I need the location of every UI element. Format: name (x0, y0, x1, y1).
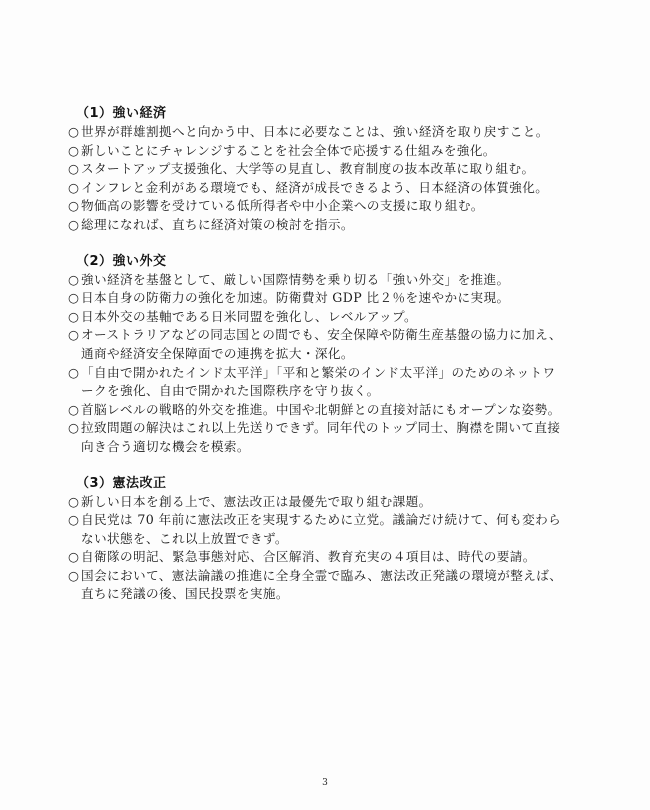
bullet-line: ない状態を、これ以上放置できず。 (81, 530, 608, 549)
bullet-text: 拉致問題の解決はこれ以上先送りできず。同年代のトップ同士、胸襟を開いて直接向き合… (81, 419, 608, 456)
bullet-line: 日本外交の基軸である日米同盟を強化し、レベルアップ。 (81, 308, 608, 327)
bullet-line: インフレと金利がある環境でも、経済が成長できるよう、日本経済の体質強化。 (81, 179, 608, 198)
circle-bullet-icon: ○ (68, 326, 81, 363)
bullet-line: 「自由で開かれたインド太平洋」「平和と繁栄のインド太平洋」のためのネットワ (81, 364, 608, 383)
bullet-text: 国会において、憲法論議の推進に全身全霊で臨み、憲法改正発議の環境が整えば、直ちに… (81, 567, 608, 604)
bullet-item: ○ 日本外交の基軸である日米同盟を強化し、レベルアップ。 (68, 308, 608, 327)
bullet-text: スタートアップ支援強化、大学等の見直し、教育制度の抜本改革に取り組む。 (81, 160, 608, 179)
document-body: （1）強い経済 ○ 世界が群雄割拠へと向かう中、日本に必要なことは、強い経済を取… (68, 104, 608, 621)
bullet-item: ○ 日本自身の防衛力の強化を加速。防衛費対 GDP 比２％を速やかに実現。 (68, 289, 608, 308)
section-heading: （3）憲法改正 (68, 474, 608, 493)
section-strong-diplomacy: （2）強い外交 ○ 強い経済を基盤として、厳しい国際情勢を乗り切る「強い外交」を… (68, 252, 608, 457)
bullet-item: ○ スタートアップ支援強化、大学等の見直し、教育制度の抜本改革に取り組む。 (68, 160, 608, 179)
bullet-line: 自衛隊の明記、緊急事態対応、合区解消、教育充実の４項目は、時代の要請。 (81, 548, 608, 567)
page-number: 3 (0, 778, 650, 788)
bullet-line: ークを強化、自由で開かれた国際秩序を守り抜く。 (81, 382, 608, 401)
bullet-line: 首脳レベルの戦略的外交を推進。中国や北朝鮮との直接対話にもオープンな姿勢。 (81, 401, 608, 420)
bullet-item: ○ 物価高の影響を受けている低所得者や中小企業への支援に取り組む。 (68, 197, 608, 216)
circle-bullet-icon: ○ (68, 308, 81, 327)
bullet-item: ○ 拉致問題の解決はこれ以上先送りできず。同年代のトップ同士、胸襟を開いて直接向… (68, 419, 608, 456)
bullet-line: 日本自身の防衛力の強化を加速。防衛費対 GDP 比２％を速やかに実現。 (81, 289, 608, 308)
bullet-text: 日本自身の防衛力の強化を加速。防衛費対 GDP 比２％を速やかに実現。 (81, 289, 608, 308)
bullet-line: 自民党は 70 年前に憲法改正を実現するために立党。議論だけ続けて、何も変わら (81, 511, 608, 530)
circle-bullet-icon: ○ (68, 364, 81, 401)
section-constitutional-reform: （3）憲法改正 ○ 新しい日本を創る上で、憲法改正は最優先で取り組む課題。 ○ … (68, 474, 608, 605)
bullet-line: 強い経済を基盤として、厳しい国際情勢を乗り切る「強い外交」を推進。 (81, 271, 608, 290)
section-strong-economy: （1）強い経済 ○ 世界が群雄割拠へと向かう中、日本に必要なことは、強い経済を取… (68, 104, 608, 235)
circle-bullet-icon: ○ (68, 271, 81, 290)
bullet-item: ○ 「自由で開かれたインド太平洋」「平和と繁栄のインド太平洋」のためのネットワー… (68, 364, 608, 401)
circle-bullet-icon: ○ (68, 197, 81, 216)
bullet-text: 総理になれば、直ちに経済対策の検討を指示。 (81, 216, 608, 235)
circle-bullet-icon: ○ (68, 160, 81, 179)
bullet-line: 世界が群雄割拠へと向かう中、日本に必要なことは、強い経済を取り戻すこと。 (81, 123, 608, 142)
bullet-item: ○ 強い経済を基盤として、厳しい国際情勢を乗り切る「強い外交」を推進。 (68, 271, 608, 290)
document-page: （1）強い経済 ○ 世界が群雄割拠へと向かう中、日本に必要なことは、強い経済を取… (0, 0, 650, 810)
bullet-text: オーストラリアなどの同志国との間でも、安全保障や防衛生産基盤の協力に加え、通商や… (81, 326, 608, 363)
bullet-item: ○ 自衛隊の明記、緊急事態対応、合区解消、教育充実の４項目は、時代の要請。 (68, 548, 608, 567)
bullet-text: 新しい日本を創る上で、憲法改正は最優先で取り組む課題。 (81, 493, 608, 512)
bullet-item: ○ 国会において、憲法論議の推進に全身全霊で臨み、憲法改正発議の環境が整えば、直… (68, 567, 608, 604)
bullet-text: 強い経済を基盤として、厳しい国際情勢を乗り切る「強い外交」を推進。 (81, 271, 608, 290)
bullet-text: 新しいことにチャレンジすることを社会全体で応援する仕組みを強化。 (81, 142, 608, 161)
bullet-line: 通商や経済安全保障面での連携を拡大・深化。 (81, 345, 608, 364)
circle-bullet-icon: ○ (68, 289, 81, 308)
section-heading: （2）強い外交 (68, 252, 608, 271)
bullet-line: 国会において、憲法論議の推進に全身全霊で臨み、憲法改正発議の環境が整えば、 (81, 567, 608, 586)
section-heading: （1）強い経済 (68, 104, 608, 123)
bullet-line: 物価高の影響を受けている低所得者や中小企業への支援に取り組む。 (81, 197, 608, 216)
circle-bullet-icon: ○ (68, 401, 81, 420)
bullet-item: ○ 新しいことにチャレンジすることを社会全体で応援する仕組みを強化。 (68, 142, 608, 161)
bullet-item: ○ オーストラリアなどの同志国との間でも、安全保障や防衛生産基盤の協力に加え、通… (68, 326, 608, 363)
bullet-line: オーストラリアなどの同志国との間でも、安全保障や防衛生産基盤の協力に加え、 (81, 326, 608, 345)
circle-bullet-icon: ○ (68, 567, 81, 604)
bullet-text: 世界が群雄割拠へと向かう中、日本に必要なことは、強い経済を取り戻すこと。 (81, 123, 608, 142)
bullet-line: 総理になれば、直ちに経済対策の検討を指示。 (81, 216, 608, 235)
bullet-line: 新しいことにチャレンジすることを社会全体で応援する仕組みを強化。 (81, 142, 608, 161)
bullet-text: 物価高の影響を受けている低所得者や中小企業への支援に取り組む。 (81, 197, 608, 216)
bullet-text: インフレと金利がある環境でも、経済が成長できるよう、日本経済の体質強化。 (81, 179, 608, 198)
bullet-item: ○ 総理になれば、直ちに経済対策の検討を指示。 (68, 216, 608, 235)
bullet-text: 「自由で開かれたインド太平洋」「平和と繁栄のインド太平洋」のためのネットワークを… (81, 364, 608, 401)
bullet-line: スタートアップ支援強化、大学等の見直し、教育制度の抜本改革に取り組む。 (81, 160, 608, 179)
bullet-item: ○ 世界が群雄割拠へと向かう中、日本に必要なことは、強い経済を取り戻すこと。 (68, 123, 608, 142)
bullet-line: 新しい日本を創る上で、憲法改正は最優先で取り組む課題。 (81, 493, 608, 512)
bullet-line: 拉致問題の解決はこれ以上先送りできず。同年代のトップ同士、胸襟を開いて直接 (81, 419, 608, 438)
bullet-item: ○ 首脳レベルの戦略的外交を推進。中国や北朝鮮との直接対話にもオープンな姿勢。 (68, 401, 608, 420)
circle-bullet-icon: ○ (68, 216, 81, 235)
circle-bullet-icon: ○ (68, 123, 81, 142)
bullet-line: 向き合う適切な機会を模索。 (81, 438, 608, 457)
bullet-text: 自民党は 70 年前に憲法改正を実現するために立党。議論だけ続けて、何も変わらな… (81, 511, 608, 548)
circle-bullet-icon: ○ (68, 511, 81, 548)
bullet-text: 自衛隊の明記、緊急事態対応、合区解消、教育充実の４項目は、時代の要請。 (81, 548, 608, 567)
circle-bullet-icon: ○ (68, 419, 81, 456)
circle-bullet-icon: ○ (68, 493, 81, 512)
circle-bullet-icon: ○ (68, 179, 81, 198)
bullet-item: ○ インフレと金利がある環境でも、経済が成長できるよう、日本経済の体質強化。 (68, 179, 608, 198)
bullet-text: 首脳レベルの戦略的外交を推進。中国や北朝鮮との直接対話にもオープンな姿勢。 (81, 401, 608, 420)
circle-bullet-icon: ○ (68, 142, 81, 161)
bullet-item: ○ 自民党は 70 年前に憲法改正を実現するために立党。議論だけ続けて、何も変わ… (68, 511, 608, 548)
circle-bullet-icon: ○ (68, 548, 81, 567)
bullet-item: ○ 新しい日本を創る上で、憲法改正は最優先で取り組む課題。 (68, 493, 608, 512)
bullet-text: 日本外交の基軸である日米同盟を強化し、レベルアップ。 (81, 308, 608, 327)
bullet-line: 直ちに発議の後、国民投票を実施。 (81, 585, 608, 604)
